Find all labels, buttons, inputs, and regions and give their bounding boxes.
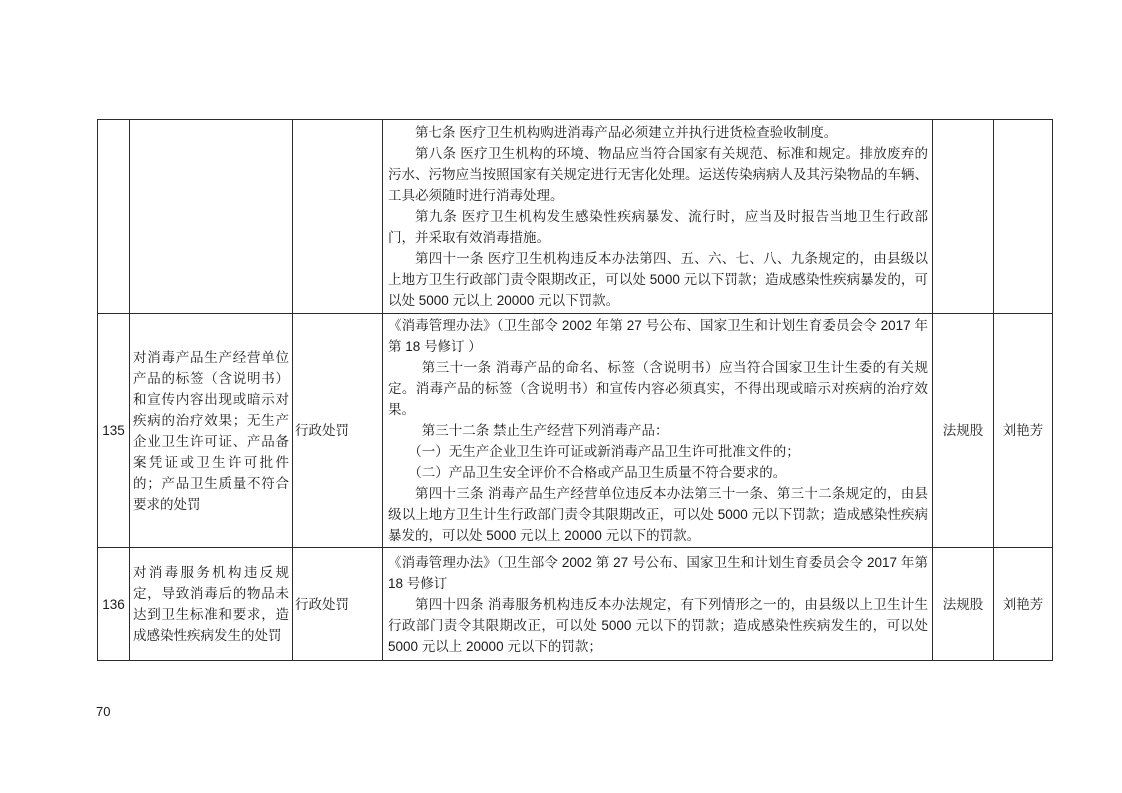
row-number-cell: 136	[98, 548, 130, 661]
basis-paragraph: 第四十四条 消毒服务机构违反本办法规定，有下列情形之一的，由县级以上卫生计生行政…	[388, 594, 928, 657]
table-row-136: 136 对消毒服务机构违反规定，导致消毒后的物品未达到卫生标准和要求，造成感染性…	[98, 548, 1053, 661]
basis-paragraph: 第四十一条 医疗卫生机构违反本办法第四、五、六、七、八、九条规定的，由县级以上地…	[388, 248, 928, 311]
basis-paragraph: 第四十三条 消毒产品生产经营单位违反本办法第三十一条、第三十二条规定的，由县级以…	[388, 483, 928, 546]
row-number-cell	[98, 120, 130, 314]
row-number-cell: 135	[98, 314, 130, 548]
basis-paragraph: （一）无生产企业卫生许可证或新消毒产品卫生许可批准文件的；	[388, 441, 928, 462]
legal-basis-cell: 《消毒管理办法》（卫生部令 2002 年第 27 号公布、国家卫生和计划生育委员…	[383, 314, 933, 548]
basis-paragraph: 第三十二条 禁止生产经营下列消毒产品：	[388, 420, 928, 441]
basis-paragraph: 《消毒管理办法》（卫生部令 2002 年第 27 号公布、国家卫生和计划生育委员…	[388, 315, 928, 357]
legal-basis-cell: 《消毒管理办法》（卫生部令 2002 第 27 号公布、国家卫生和计划生育委员会…	[383, 548, 933, 661]
penalty-type-cell	[293, 120, 383, 314]
item-cell	[130, 120, 293, 314]
basis-paragraph: 第八条 医疗卫生机构的环境、物品应当符合国家有关规范、标准和规定。排放废弃的污水…	[388, 143, 928, 206]
basis-paragraph: 第七条 医疗卫生机构购进消毒产品必须建立并执行进货检查验收制度。	[388, 122, 928, 143]
table-row-continued: 第七条 医疗卫生机构购进消毒产品必须建立并执行进货检查验收制度。 第八条 医疗卫…	[98, 120, 1053, 314]
penalty-type-cell: 行政处罚	[293, 314, 383, 548]
basis-paragraph: （二）产品卫生安全评价不合格或产品卫生质量不符合要求的。	[388, 462, 928, 483]
department-cell: 法规股	[933, 314, 994, 548]
person-cell: 刘艳芳	[994, 548, 1053, 661]
person-cell	[994, 120, 1053, 314]
basis-paragraph: 第九条 医疗卫生机构发生感染性疾病暴发、流行时，应当及时报告当地卫生行政部门，并…	[388, 206, 928, 248]
item-cell: 对消毒产品生产经营单位产品的标签（含说明书）和宣传内容出现或暗示对疾病的治疗效果…	[130, 314, 293, 548]
table-row-135: 135 对消毒产品生产经营单位产品的标签（含说明书）和宣传内容出现或暗示对疾病的…	[98, 314, 1053, 548]
penalty-items-table: 第七条 医疗卫生机构购进消毒产品必须建立并执行进货检查验收制度。 第八条 医疗卫…	[97, 119, 1053, 661]
department-cell: 法规股	[933, 548, 994, 661]
legal-basis-cell: 第七条 医疗卫生机构购进消毒产品必须建立并执行进货检查验收制度。 第八条 医疗卫…	[383, 120, 933, 314]
basis-paragraph: 第三十一条 消毒产品的命名、标签（含说明书）应当符合国家卫生计生委的有关规定。消…	[388, 357, 928, 420]
person-cell: 刘艳芳	[994, 314, 1053, 548]
department-cell	[933, 120, 994, 314]
basis-paragraph: 《消毒管理办法》（卫生部令 2002 第 27 号公布、国家卫生和计划生育委员会…	[388, 552, 928, 594]
document-page: 第七条 医疗卫生机构购进消毒产品必须建立并执行进货检查验收制度。 第八条 医疗卫…	[0, 0, 1122, 793]
page-number: 70	[96, 704, 110, 719]
penalty-type-cell: 行政处罚	[293, 548, 383, 661]
item-cell: 对消毒服务机构违反规定，导致消毒后的物品未达到卫生标准和要求，造成感染性疾病发生…	[130, 548, 293, 661]
